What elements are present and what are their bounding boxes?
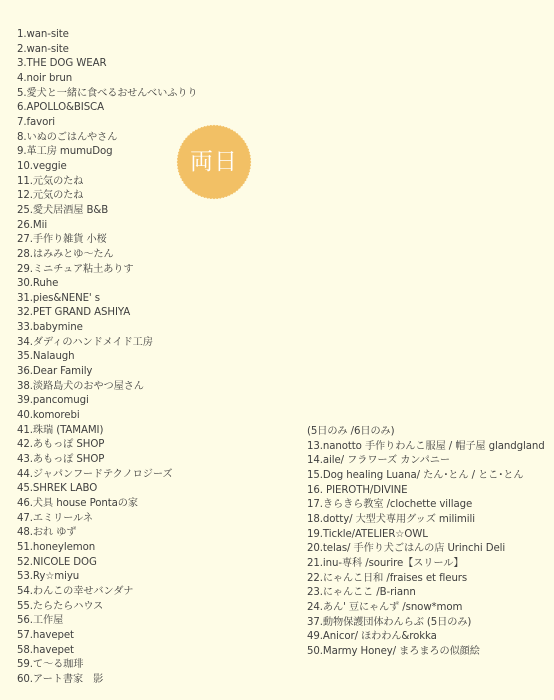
vendor-list-item: 7.favori	[17, 116, 198, 131]
vendor-list-item: 16. PIEROTH/DIVINE	[307, 484, 545, 499]
vendor-list-item: 28.はみみとゆ〜たん	[17, 248, 198, 263]
vendor-list-item: 51.honeylemon	[17, 541, 198, 556]
vendor-list-item: 44.ジャパンフードテクノロジーズ	[17, 468, 198, 483]
vendor-list-item: 18.dotty/ 大型犬専用グッズ milimili	[307, 513, 545, 528]
badge-label: 両日	[176, 124, 252, 200]
vendor-list-item: 33.babymine	[17, 321, 198, 336]
vendor-list-item: 17.きらきら教室 /clochette village	[307, 498, 545, 513]
vendor-list-item: 23.にゃんここ /B-riann	[307, 586, 545, 601]
vendor-list-item: 43.あもっぽ SHOP	[17, 453, 198, 468]
vendor-list-item: 25.愛犬居酒屋 B&B	[17, 204, 198, 219]
vendor-list-item: 4.noir brun	[17, 72, 198, 87]
vendor-list-item: 37.動物保護団体わんらぶ (5日のみ)	[307, 616, 545, 631]
vendor-list-item: 55.たらたらハウス	[17, 600, 198, 615]
vendor-list-item: 11.元気のたね	[17, 175, 198, 190]
vendor-list-item: 53.Ry☆miyu	[17, 570, 198, 585]
vendor-list-item: 13.nanotto 手作りわんこ服屋 / 帽子屋 glandgland	[307, 440, 545, 455]
vendor-list-item: 45.SHREK LABO	[17, 482, 198, 497]
vendor-list-item: 48.おれ ゆず	[17, 526, 198, 541]
vendor-list-item: 22.にゃんこ日和 /fraises et fleurs	[307, 572, 545, 587]
vendor-list-item: 26.Mii	[17, 219, 198, 234]
vendor-list-item: 3.THE DOG WEAR	[17, 57, 198, 72]
vendor-list-item: 36.Dear Family	[17, 365, 198, 380]
vendor-list-item: 34.ダディのハンドメイド工房	[17, 336, 198, 351]
both-days-badge: 両日	[176, 124, 252, 200]
vendor-list-item: 15.Dog healing Luana/ たん･とん / とこ･とん	[307, 469, 545, 484]
vendor-list-item: 35.Nalaugh	[17, 350, 198, 365]
vendor-list-item: 59.て〜る珈琲	[17, 658, 198, 673]
vendor-list-item: 30.Ruhe	[17, 277, 198, 292]
vendor-list-item: 2.wan-site	[17, 43, 198, 58]
vendor-list-item: 47.エミリールネ	[17, 512, 198, 527]
vendor-list-item: 52.NICOLE DOG	[17, 556, 198, 571]
vendor-list-item: 60.アート書家 影	[17, 673, 198, 688]
vendor-list-item: 12.元気のたね	[17, 189, 198, 204]
right-vendor-list: (5日のみ /6日のみ) 13.nanotto 手作りわんこ服屋 / 帽子屋 g…	[307, 425, 545, 660]
vendor-list-item: 49.Anicor/ ほわわん&rokka	[307, 630, 545, 645]
vendor-list-item: 54.わんこの幸せバンダナ	[17, 585, 198, 600]
vendor-list-item: 19.Tickle/ATELIER☆OWL	[307, 528, 545, 543]
vendor-list-item: 46.犬具 house Pontaの家	[17, 497, 198, 512]
vendor-list-item: 58.havepet	[17, 644, 198, 659]
vendor-list-item: 6.APOLLO&BISCA	[17, 101, 198, 116]
vendor-list-item: 57.havepet	[17, 629, 198, 644]
vendor-list-item: 20.telas/ 手作り犬ごはんの店 Urinchi Deli	[307, 542, 545, 557]
left-vendor-list: 1.wan-site2.wan-site3.THE DOG WEAR4.noir…	[17, 28, 198, 688]
vendor-list-item: 32.PET GRAND ASHIYA	[17, 306, 198, 321]
vendor-list-item: 1.wan-site	[17, 28, 198, 43]
right-column-header: (5日のみ /6日のみ)	[307, 425, 545, 440]
vendor-list-item: 5.愛犬と一緒に食べるおせんべいふりり	[17, 87, 198, 102]
vendor-list-item: 40.komorebi	[17, 409, 198, 424]
vendor-list-item: 39.pancomugi	[17, 394, 198, 409]
vendor-list-item: 41.珠瑞 (TAMAMI)	[17, 424, 198, 439]
vendor-list-item: 31.pies&NENE' s	[17, 292, 198, 307]
vendor-list-item: 24.あん' 豆にゃんず /snow*mom	[307, 601, 545, 616]
vendor-list-item: 27.手作り雑貨 小桜	[17, 233, 198, 248]
vendor-list-item: 50.Marmy Honey/ まろまろの似顔絵	[307, 645, 545, 660]
vendor-list-item: 21.inu-専科 /sourire【スリール】	[307, 557, 545, 572]
vendor-list-item: 10.veggie	[17, 160, 198, 175]
vendor-list-item: 42.あもっぽ SHOP	[17, 438, 198, 453]
vendor-list-item: 29.ミニチュア粘土ありす	[17, 263, 198, 278]
vendor-list-item: 56.工作屋	[17, 614, 198, 629]
vendor-list-item: 8.いぬのごはんやさん	[17, 131, 198, 146]
vendor-list-item: 9.革工房 mumuDog	[17, 145, 198, 160]
vendor-list-item: 38.淡路島犬のおやつ屋さん	[17, 380, 198, 395]
vendor-list-item: 14.aile/ フラワーズ カンパニー	[307, 454, 545, 469]
